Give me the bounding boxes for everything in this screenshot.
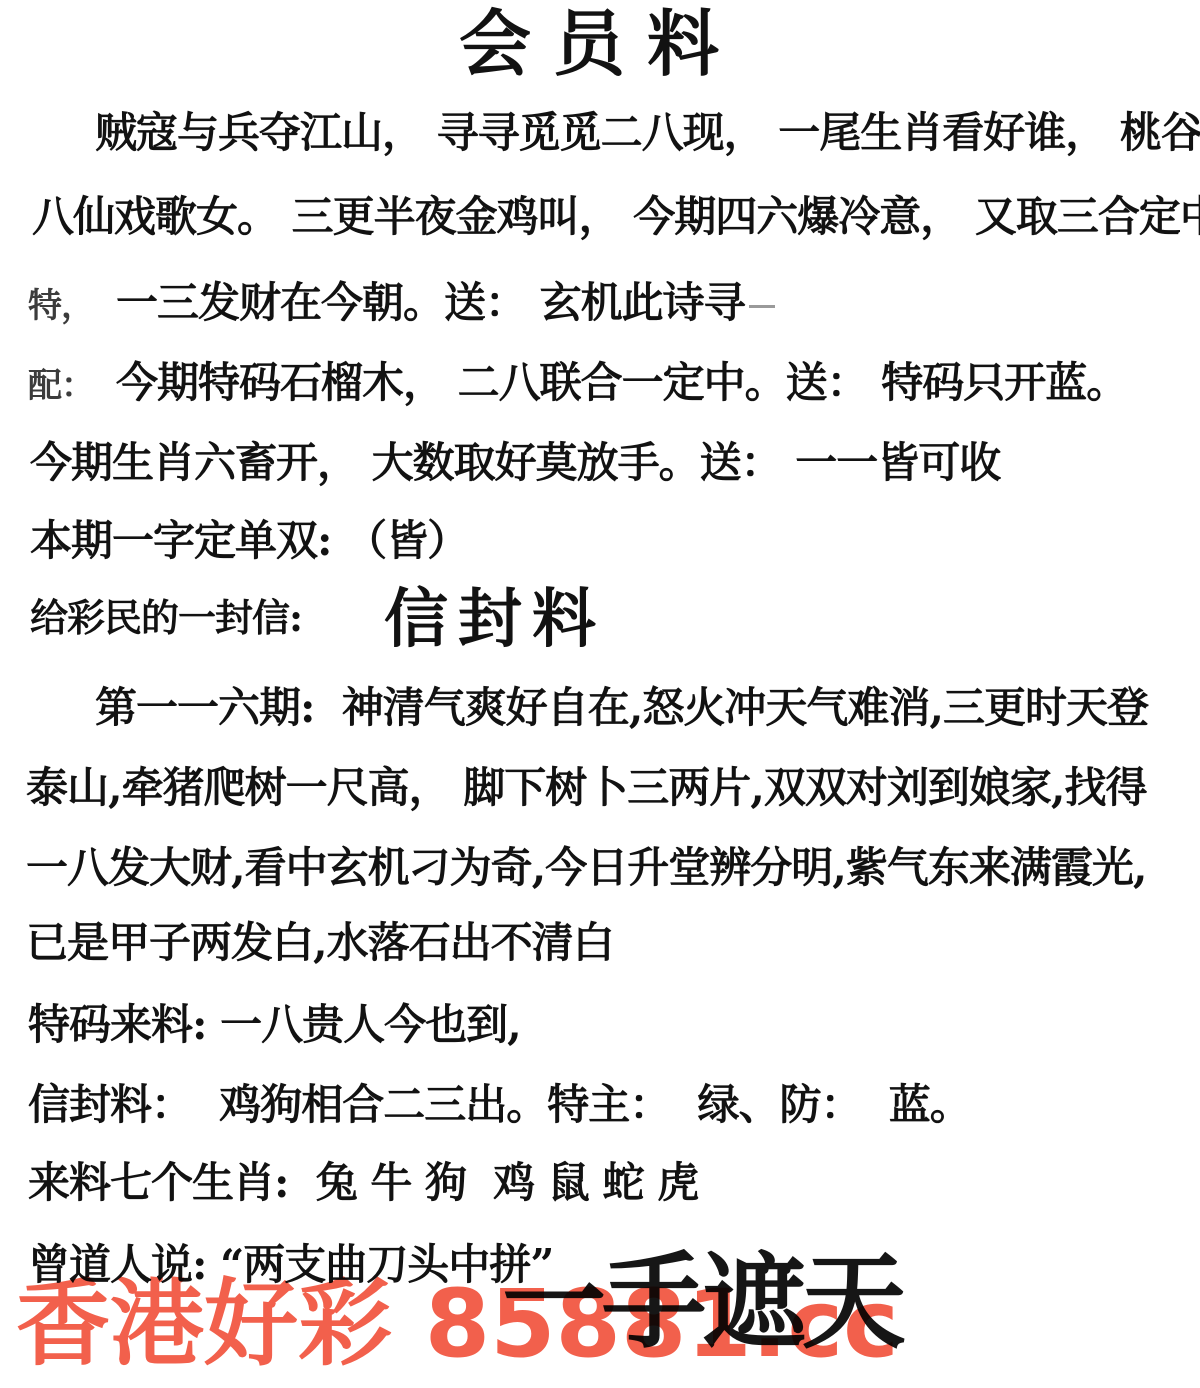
member-paragraph-line-1: 贼寇与兵夺江山， 寻寻觅觅二八现， 一尾生肖看好谁， 桃谷 xyxy=(95,108,1200,158)
envelope-paragraph-line-2: 泰山,牵猪爬树一尺高， 脚下树卜三两片,双双对刘到娘家,找得 xyxy=(26,763,1147,813)
envelope-paragraph-line-1: 第一一六期: 神清气爽好自在,怒火冲天气难消,三更时天登 xyxy=(95,683,1148,733)
member-paragraph-line-2: 八仙戏歌女。 三更半夜金鸡叫， 今期四六爆冷意， 又取三合定中 xyxy=(32,192,1200,242)
zodiac-line: 来料七个生肖: 兔 牛 狗 鸡 鼠 蛇 虎 xyxy=(28,1158,698,1208)
member-line-3-text: 一三发财在今朝。送： 玄机此诗寻 xyxy=(116,278,745,327)
page-title: 会员料 xyxy=(0,2,1200,86)
letter-heading-row: 给彩民的一封信: 信封料 xyxy=(30,568,606,660)
faded-prefix-te: 特， xyxy=(28,286,94,326)
member-paragraph-line-4: 配：今期特码石榴木， 二八联合一定中。送： 特码只开蓝。 xyxy=(28,358,1127,411)
envelope-section-title: 信封料 xyxy=(384,568,606,660)
envelope-tip-line: 信封料： 鸡狗相合二三出。特主： 绿、防： 蓝。 xyxy=(28,1080,971,1130)
letter-label: 给彩民的一封信: xyxy=(30,587,302,642)
footer-watermark-area: 一手遮天 香港好彩 85881.cc xyxy=(0,1235,1200,1388)
faded-prefix-pei: 配： xyxy=(28,366,94,406)
document-page: 会员料 贼寇与兵夺江山， 寻寻觅觅二八现， 一尾生肖看好谁， 桃谷 八仙戏歌女。… xyxy=(0,0,1200,1388)
member-odd-even-line: 本期一字定单双: （皆） xyxy=(30,516,468,566)
member-line-4-text: 今期特码石榴木， 二八联合一定中。送： 特码只开蓝。 xyxy=(116,358,1127,407)
member-paragraph-line-3: 特，一三发财在今朝。送： 玄机此诗寻 xyxy=(28,278,775,331)
scan-artifact-dash xyxy=(749,305,775,308)
special-code-line: 特码来料: 一八贵人今也到, xyxy=(28,1000,521,1050)
envelope-paragraph-line-3: 一八发大财,看中玄机刁为奇,今日升堂辨分明,紫气东来满霞光, xyxy=(26,843,1147,893)
watermark-text: 香港好彩 85881.cc xyxy=(16,1277,899,1373)
member-paragraph-line-5: 今期生肖六畜开， 大数取好莫放手。送： 一一皆可收 xyxy=(30,438,1000,488)
envelope-paragraph-line-4: 已是甲子两发白,水落石出不清白 xyxy=(26,918,614,968)
